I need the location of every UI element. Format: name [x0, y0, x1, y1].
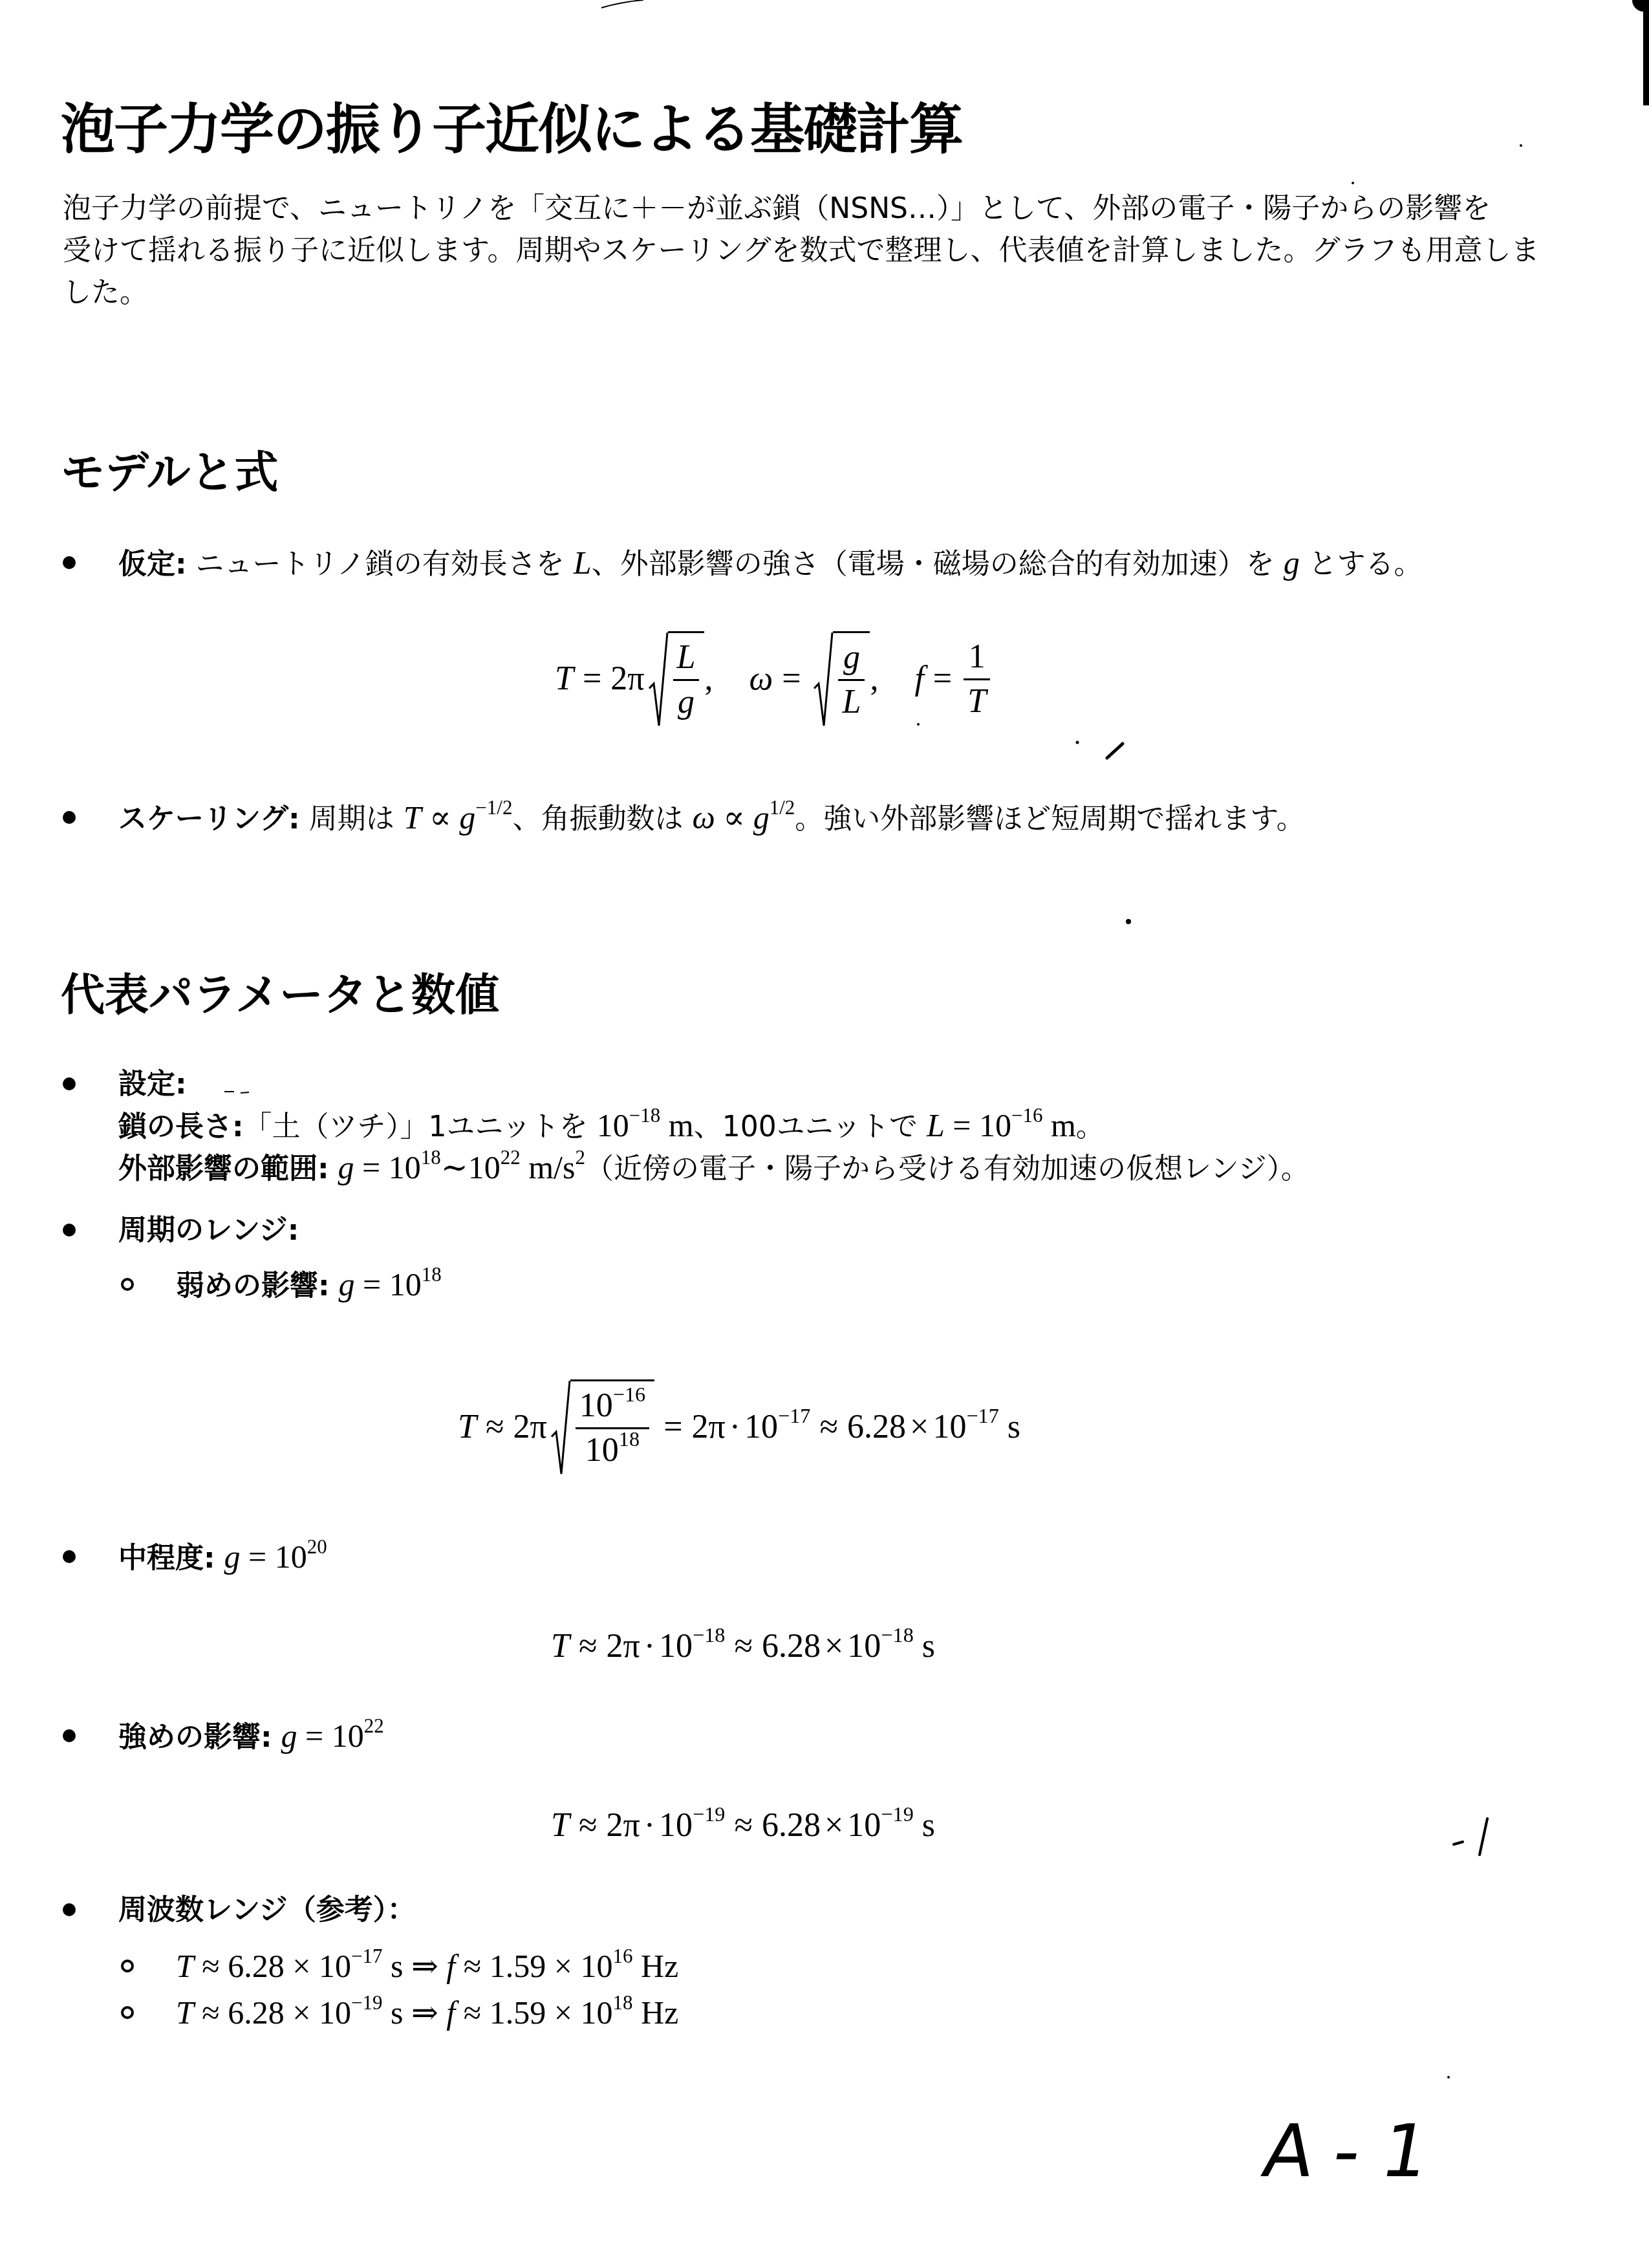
var-omega: ω	[692, 799, 715, 836]
base: 10	[332, 1718, 364, 1754]
formula-T: T	[551, 1806, 570, 1845]
var-g: g	[753, 799, 770, 836]
expr-omega-proportional: ω ∝ g1/2	[692, 797, 795, 839]
base: 10	[319, 1994, 351, 2031]
radicand: 10−16 1018	[570, 1379, 654, 1475]
formula-medium-period: T ≈ 2π · 10−18 ≈ 6.28 × 10−18 s	[551, 1627, 935, 1666]
formula-strong-period: T ≈ 2π · 10−19 ≈ 6.28 × 10−19 s	[551, 1806, 935, 1845]
var-T: T	[404, 799, 422, 836]
settings-chain-length: 鎖の長さ: 「土（ツチ）」1ユニットを 10−18 m 、100ユニットで L …	[0, 1105, 1649, 1147]
unit: m	[1042, 1107, 1075, 1143]
exponent: 18	[619, 1427, 640, 1451]
fraction-L-over-g-values: 10−16 1018	[576, 1387, 649, 1470]
strong-label: 強めの影響:	[118, 1716, 272, 1758]
section-heading-model: モデルと式	[61, 448, 279, 499]
assumption-text-2: 、外部影響の強さ（電場・磁場の総合的有効加速）を	[592, 543, 1284, 585]
exponent: 16	[612, 1945, 632, 1967]
exponent: 22	[364, 1714, 384, 1737]
exponent: 18	[422, 1263, 442, 1286]
formula-period-omega-frequency: T = 2π L g , ω = g L , f = 1 T	[555, 637, 993, 721]
scaling-text: スケーリング: 周期は T ∝ g−1/2 、角振動数は ω ∝ g1/2 。強…	[118, 797, 1305, 839]
var-f: f	[446, 1948, 455, 1984]
expr-T-proportional: T ∝ g−1/2	[404, 797, 513, 839]
times-sign: ×	[554, 1994, 572, 2031]
unit-length-value: 10−18 m	[597, 1105, 694, 1147]
approx-sign: ≈	[202, 1994, 219, 2031]
approx-sign: ≈	[734, 1806, 753, 1845]
weak-label: 弱めの影響:	[176, 1265, 330, 1307]
scaling-text-1: 周期は	[300, 798, 404, 840]
base: 10	[659, 1807, 693, 1844]
equals-sign: =	[363, 1266, 381, 1302]
dot-operator: ·	[729, 1408, 740, 1447]
var-g: g	[459, 799, 475, 836]
exponent: 20	[307, 1535, 327, 1558]
numerator: L	[673, 638, 700, 681]
times-sign: ×	[824, 1627, 843, 1666]
base: 10	[979, 1107, 1011, 1143]
fraction-g-over-L: g L	[838, 638, 865, 722]
formula-T: T	[458, 1408, 477, 1447]
exponent: −17	[966, 1404, 998, 1427]
handwritten-page-label: A-1	[1257, 2110, 1458, 2194]
bullet-icon	[63, 811, 76, 824]
scaling-text-2: 、角振動数は	[512, 798, 692, 840]
sqrt-ratio: 10−16 1018	[551, 1379, 654, 1475]
result-power: 10−19 s	[847, 1806, 935, 1845]
exponent: −17	[351, 1945, 382, 1967]
two-pi: 2π	[610, 660, 644, 698]
medium-text: 中程度: g = 1020	[118, 1536, 327, 1578]
sub-bullet-weak: 弱めの影響: g = 1018	[0, 1264, 1649, 1306]
scaling-label: スケーリング:	[118, 798, 300, 840]
exponent: −17	[778, 1404, 810, 1427]
formula-f: f	[914, 660, 923, 698]
mantissa: 6.28	[228, 1948, 285, 1984]
bullet-medium: 中程度: g = 1020	[0, 1536, 1649, 1578]
numerator: g	[838, 638, 865, 681]
power-term: 10−19	[659, 1806, 725, 1845]
equals-sign: =	[782, 660, 801, 698]
var-f: f	[446, 1994, 455, 2031]
radicand: L g	[668, 631, 705, 727]
section-heading-params: 代表パラメータと数値	[61, 970, 499, 1022]
exponent: −19	[693, 1802, 725, 1826]
chain-L-value: L = 10−16 m	[927, 1105, 1076, 1147]
approx-sign: ≈	[579, 1806, 598, 1845]
frequency-item-1: T ≈ 6.28 × 10−17 s ⇒ f ≈ 1.59 × 1016 Hz	[176, 1945, 678, 1987]
intro-line-3: した。	[63, 272, 148, 314]
bullet-icon	[63, 1224, 76, 1237]
sqrt-g-over-L: g L	[814, 631, 870, 727]
frequency-expression: T ≈ 6.28 × 10−17 s ⇒ f ≈ 1.59 × 1016 Hz	[176, 1945, 678, 1987]
frequency-item-2: T ≈ 6.28 × 10−19 s ⇒ f ≈ 1.59 × 1018 Hz	[176, 1992, 678, 2034]
two-pi: 2π	[606, 1806, 640, 1845]
radical-sign-icon	[814, 631, 833, 727]
strong-g-value: g = 1022	[281, 1715, 384, 1757]
unit: m	[660, 1107, 693, 1143]
assumption-text: 仮定: ニュートリノ鎖の有効長さを L 、外部影響の強さ（電場・磁場の総合的有効…	[118, 542, 1423, 584]
exponent: −19	[351, 1991, 382, 2014]
influence-range-text: 外部影響の範囲: g = 1018∼1022 m/s2 （近傍の電子・陽子から受…	[118, 1147, 1309, 1189]
formula-T: T	[551, 1627, 570, 1666]
bullet-icon	[63, 1550, 76, 1563]
scan-edge-corner	[1632, 0, 1649, 12]
scaling-text-3: 。強い外部影響ほど短周期で揺れます。	[795, 798, 1304, 840]
mantissa: 6.28	[762, 1806, 821, 1845]
implies-sign: ⇒	[411, 1994, 438, 2031]
unit: s	[914, 1628, 935, 1665]
medium-g-value: g = 1020	[224, 1536, 327, 1578]
approx-sign: ≈	[820, 1408, 839, 1447]
space	[272, 1716, 281, 1758]
assumption-label: 仮定:	[118, 543, 187, 585]
sub-bullet-frequency-2: T ≈ 6.28 × 10−19 s ⇒ f ≈ 1.59 × 1018 Hz	[0, 1992, 1649, 2034]
dot-operator: ·	[644, 1806, 655, 1845]
medium-label: 中程度:	[118, 1537, 215, 1579]
result-power: 10−17 s	[932, 1408, 1020, 1447]
result-power: 10−18 s	[847, 1627, 935, 1666]
var-L: L	[927, 1107, 945, 1143]
var-T: T	[176, 1948, 194, 1984]
unit: s	[382, 1994, 403, 2031]
approx-sign: ≈	[464, 1994, 481, 2031]
base: 10	[389, 1266, 422, 1302]
base: 10	[319, 1948, 351, 1984]
base: 10	[744, 1409, 778, 1445]
comma: ,	[870, 660, 878, 698]
formula-omega: ω	[749, 660, 773, 698]
fraction-1-over-T: 1 T	[964, 638, 990, 721]
settings-influence-range: 外部影響の範囲: g = 1018∼1022 m/s2 （近傍の電子・陽子から受…	[0, 1147, 1649, 1189]
page-title: 泡子力学の振り子近似による基礎計算	[61, 97, 962, 162]
frequency-range-label: 周波数レンジ（参考）：	[118, 1889, 416, 1931]
g-range-value: g = 1018∼1022 m/s2	[338, 1147, 585, 1189]
base: 10	[389, 1149, 421, 1185]
approx-sign: ≈	[579, 1627, 598, 1666]
exponent: −1/2	[475, 796, 512, 819]
intro-line-1: 泡子力学の前提で、ニュートリノを「交互に＋－が並ぶ鎖（NSNS…）」として、外部…	[63, 188, 1491, 230]
dot-operator: ·	[644, 1627, 655, 1666]
bullet-frequency-range: 周波数レンジ（参考）：	[0, 1889, 1649, 1931]
tilde: ∼	[441, 1149, 468, 1185]
assumption-text-1: ニュートリノ鎖の有効長さを	[187, 543, 574, 585]
unit: Hz	[632, 1948, 678, 1984]
bullet-icon	[63, 1729, 76, 1742]
settings-label: 設定:	[118, 1063, 187, 1105]
approx-sign: ≈	[464, 1948, 481, 1984]
sub-bullet-frequency-1: T ≈ 6.28 × 10−17 s ⇒ f ≈ 1.59 × 1016 Hz	[0, 1945, 1649, 1987]
bullet-period-range: 周期のレンジ:	[0, 1209, 1649, 1251]
bullet-strong: 強めの影響: g = 1022	[0, 1715, 1649, 1757]
var-T: T	[176, 1994, 194, 2031]
space	[329, 1148, 338, 1190]
proportional-sign: ∝	[723, 799, 745, 836]
comma: ,	[704, 660, 713, 698]
sqrt-L-over-g: L g	[649, 631, 705, 727]
base: 10	[659, 1628, 693, 1665]
frequency-range-text: 周波数レンジ（参考）：	[118, 1889, 416, 1931]
exponent: −19	[881, 1802, 913, 1826]
assumption-text-3: とする。	[1300, 543, 1423, 585]
radicand: g L	[833, 631, 870, 727]
times-sign: ×	[292, 1994, 310, 2031]
sub-bullet-icon	[121, 2006, 134, 2019]
equals-sign: =	[248, 1539, 266, 1575]
mantissa: 1.59	[490, 1948, 546, 1984]
implies-sign: ⇒	[411, 1948, 438, 1984]
var-g: g	[1284, 542, 1300, 584]
bullet-scaling: スケーリング: 周期は T ∝ g−1/2 、角振動数は ω ∝ g1/2 。強…	[0, 797, 1649, 839]
times-sign: ×	[910, 1408, 929, 1447]
base: 10	[580, 1948, 612, 1984]
strong-text: 強めの影響: g = 1022	[118, 1715, 384, 1757]
approx-sign: ≈	[734, 1627, 753, 1666]
base: 10	[580, 1994, 612, 2031]
bullet-settings: 設定:	[0, 1063, 1649, 1105]
chain-text-1: 「土（ツチ）」1ユニットを	[244, 1106, 597, 1148]
mantissa: 6.28	[762, 1627, 821, 1666]
sub-bullet-icon	[121, 1960, 134, 1972]
times-sign: ×	[554, 1948, 572, 1984]
unit: s	[999, 1409, 1020, 1445]
space	[215, 1537, 224, 1579]
exponent: 18	[421, 1146, 441, 1169]
fraction-L-over-g: L g	[673, 638, 700, 722]
period-range-label: 周期のレンジ:	[118, 1209, 299, 1251]
formula-T: T	[555, 660, 574, 698]
exponent: −18	[629, 1104, 660, 1127]
radical-sign-icon	[551, 1379, 570, 1475]
weak-g-value: g = 1018	[339, 1264, 442, 1306]
exponent: 1/2	[770, 796, 795, 819]
bullet-icon	[63, 1077, 76, 1090]
bullet-icon	[63, 556, 76, 569]
exponent: −16	[1011, 1104, 1042, 1127]
period-range-text: 周期のレンジ:	[118, 1209, 299, 1251]
chain-text-2: 、100ユニットで	[694, 1106, 927, 1148]
base: 10	[468, 1149, 501, 1185]
unit: Hz	[632, 1994, 678, 2031]
times-sign: ×	[824, 1806, 843, 1845]
chain-length-text: 鎖の長さ: 「土（ツチ）」1ユニットを 10−18 m 、100ユニットで L …	[118, 1105, 1105, 1147]
mantissa: 1.59	[490, 1994, 546, 2031]
base: 10	[847, 1807, 881, 1844]
power-term: 10−17	[744, 1408, 810, 1447]
influence-range-note: （近傍の電子・陽子から受ける有効加速の仮想レンジ）。	[585, 1148, 1309, 1190]
proportional-sign: ∝	[429, 799, 451, 836]
mantissa: 6.28	[847, 1408, 906, 1447]
approx-sign: ≈	[202, 1948, 219, 1984]
settings-text: 設定:	[118, 1063, 187, 1105]
weak-text: 弱めの影響: g = 1018	[176, 1264, 442, 1306]
equals-sign: =	[933, 660, 952, 698]
formula-weak-period: T ≈ 2π 10−16 1018 = 2π · 10−17 ≈ 6.28 × …	[458, 1382, 1020, 1473]
equals-sign: =	[663, 1408, 682, 1447]
equals-sign: =	[583, 660, 601, 698]
base: 10	[585, 1432, 619, 1469]
var-g: g	[339, 1266, 355, 1302]
unit: m/s	[521, 1149, 576, 1185]
equals-sign: =	[305, 1718, 323, 1754]
scan-edge	[1643, 0, 1649, 105]
unit: s	[382, 1948, 403, 1984]
var-g: g	[338, 1149, 354, 1185]
approx-sign: ≈	[486, 1408, 504, 1447]
base: 10	[932, 1409, 966, 1445]
intro-line-2: 受けて揺れる振り子に近似します。周期やスケーリングを数式で整理し、代表値を計算し…	[63, 230, 1540, 272]
numerator: 1	[964, 638, 990, 680]
denominator: 1018	[576, 1429, 649, 1470]
influence-range-label: 外部影響の範囲:	[118, 1148, 329, 1190]
equals-sign: =	[953, 1107, 971, 1143]
radical-sign-icon	[649, 631, 668, 727]
bullet-assumption: 仮定: ニュートリノ鎖の有効長さを L 、外部影響の強さ（電場・磁場の総合的有効…	[0, 542, 1649, 584]
base: 10	[275, 1539, 307, 1575]
mantissa: 6.28	[228, 1994, 285, 2031]
denominator: T	[964, 680, 990, 721]
numerator: 10−16	[576, 1387, 649, 1429]
times-sign: ×	[292, 1948, 310, 1984]
two-pi: 2π	[513, 1408, 546, 1447]
unit: s	[914, 1807, 935, 1844]
exponent: −18	[881, 1623, 913, 1647]
frequency-expression: T ≈ 6.28 × 10−19 s ⇒ f ≈ 1.59 × 1018 Hz	[176, 1992, 678, 2034]
var-g: g	[224, 1539, 241, 1575]
exponent: 18	[612, 1991, 632, 2014]
bullet-icon	[63, 1903, 76, 1916]
base: 10	[597, 1107, 629, 1143]
two-pi: 2π	[691, 1408, 725, 1447]
denominator: L	[838, 681, 865, 722]
space	[330, 1265, 339, 1307]
unit-exponent: 2	[575, 1146, 585, 1169]
base: 10	[579, 1387, 613, 1424]
base: 10	[847, 1628, 881, 1665]
var-g: g	[281, 1718, 297, 1754]
exponent: 22	[501, 1146, 521, 1169]
exponent: −16	[613, 1383, 645, 1406]
equals-sign: =	[362, 1149, 380, 1185]
power-term: 10−18	[659, 1627, 725, 1666]
sub-bullet-icon	[121, 1278, 134, 1291]
exponent: −18	[693, 1623, 725, 1647]
denominator: g	[673, 681, 700, 722]
chain-length-label: 鎖の長さ:	[118, 1106, 244, 1148]
var-L: L	[574, 542, 592, 584]
chain-text-3: 。	[1076, 1106, 1105, 1148]
two-pi: 2π	[606, 1627, 640, 1666]
